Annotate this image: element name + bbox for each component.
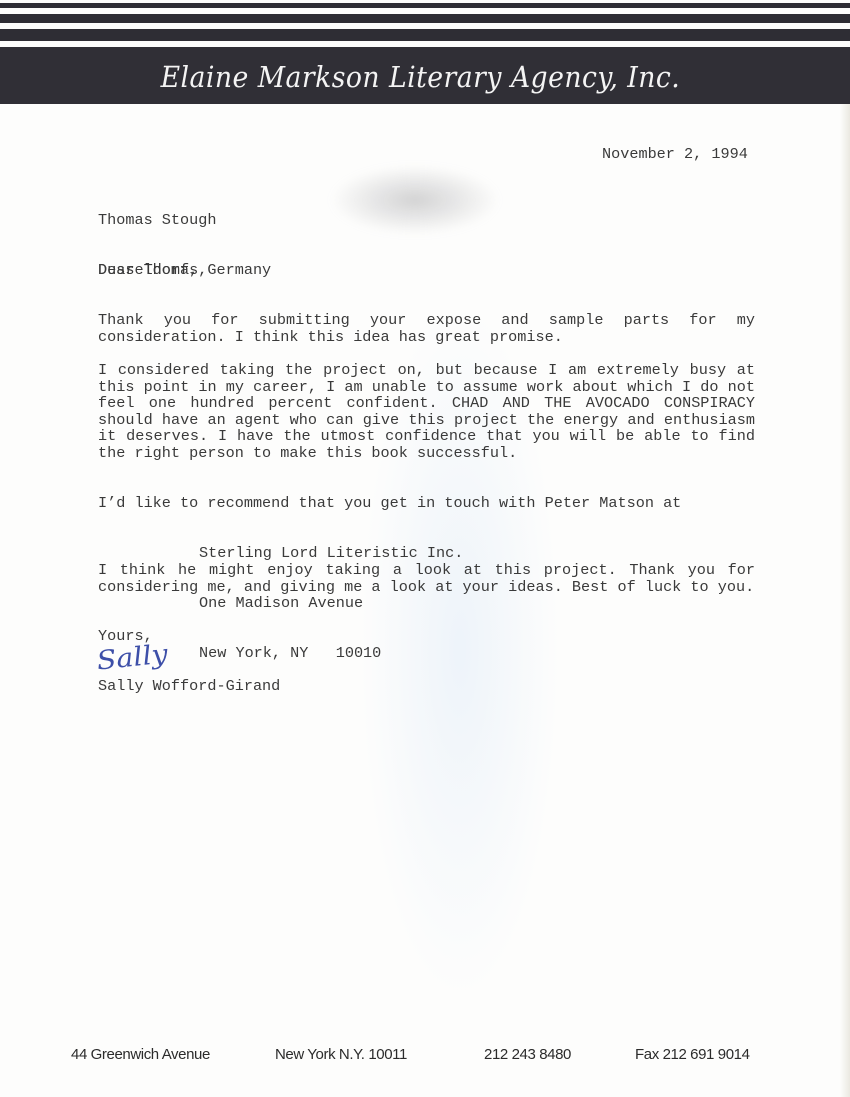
handwritten-signature: Sally xyxy=(95,639,169,676)
footer-phone: 212 243 8480 xyxy=(484,1046,571,1063)
footer-fax: Fax 212 691 9014 xyxy=(635,1046,750,1063)
letter-date: November 2, 1994 xyxy=(602,146,748,163)
letterhead-stripe xyxy=(0,3,850,8)
letterhead-stripe xyxy=(0,14,850,23)
agent-company: Sterling Lord Literistic Inc. xyxy=(199,545,463,562)
letterhead-stripe xyxy=(0,29,850,41)
closing-paragraph: I think he might enjoy taking a look at … xyxy=(98,562,755,595)
signer-name: Sally Wofford-Girand xyxy=(98,678,280,695)
paragraph: I considered taking the project on, but … xyxy=(98,362,755,462)
redacted-smudge xyxy=(330,165,500,235)
page-edge-shadow xyxy=(840,104,850,1097)
agent-street: One Madison Avenue xyxy=(199,595,463,612)
footer-street: 44 Greenwich Avenue xyxy=(71,1046,210,1063)
agent-city: New York, NY 10010 xyxy=(199,645,463,662)
recipient-name: Thomas Stough xyxy=(98,212,271,229)
letterhead-band: Elaine Markson Literary Agency, Inc. xyxy=(0,47,850,104)
agency-name: Elaine Markson Literary Agency, Inc. xyxy=(160,60,680,94)
footer-city: New York N.Y. 10011 xyxy=(275,1046,407,1063)
recommendation-intro: I’d like to recommend that you get in to… xyxy=(98,495,681,512)
salutation: Dear Thomas, xyxy=(98,262,207,279)
paragraph: Thank you for submitting your expose and… xyxy=(98,312,755,345)
